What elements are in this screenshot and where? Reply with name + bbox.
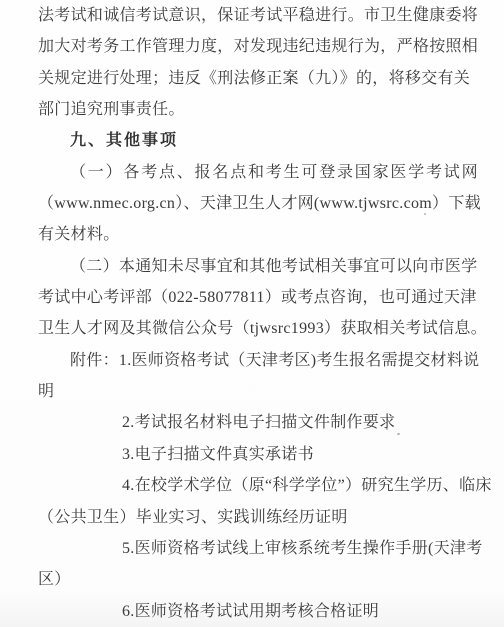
text-line: 部门追究刑事责任。 — [38, 94, 478, 125]
attachment-item-text: 1.医师资格考试（天津考区)考生报名需提交材料说 — [119, 352, 480, 369]
scan-speck — [424, 213, 426, 215]
attachment-item-5-wrap: 区） — [38, 564, 478, 595]
text-line: （一）各考点、报名点和考生可登录国家医学考试网 — [38, 157, 478, 188]
attachment-item-4-wrap: （公共卫生）毕业实习、实践训练经历证明 — [38, 502, 478, 533]
attachments-list: 附件：1.医师资格考试（天津考区)考生报名需提交材料说 明 2.考试报名材料电子… — [38, 345, 478, 627]
attachment-item-1-wrap: 明 — [38, 376, 478, 407]
attachment-item-2: 2.考试报名材料电子扫描文件制作要求 — [38, 407, 478, 438]
paragraph-item-two: （二）本通知未尽事宜和其他考试相关事宜可以向市医学 考试中心考评部（022-58… — [38, 251, 478, 345]
text-line: 法考试和诚信考试意识，保证考试平稳进行。市卫生健康委将 — [38, 0, 478, 31]
attachment-item-1: 附件：1.医师资格考试（天津考区)考生报名需提交材料说 — [38, 345, 478, 376]
attachment-item-3: 3.电子扫描文件真实承诺书 — [38, 439, 478, 470]
scan-speck — [386, 428, 388, 430]
attachment-item-4: 4.在校学术学位（原“科学学位”）研究生学历、临床 — [38, 470, 478, 501]
section-heading-other-matters: 九、其他事项 — [38, 125, 478, 156]
text-line: 加大对考务工作管理力度，对发现违纪违规行为，严格按照相 — [38, 31, 478, 62]
scan-speck — [397, 433, 400, 435]
attachments-label: 附件： — [70, 352, 119, 369]
attachment-item-6: 6.医师资格考试试用期考核合格证明 — [38, 596, 478, 627]
text-line: 卫生人才网及其微信公众号（tjwsrc1993）获取相关考试信息。 — [38, 313, 478, 344]
text-line: （www.nmec.org.cn）、天津卫生人才网(www.tjwsrc.com… — [38, 188, 478, 219]
attachment-item-5: 5.医师资格考试线上审核系统考生操作手册(天津考 — [38, 533, 478, 564]
scanned-notice-page: 法考试和诚信考试意识，保证考试平稳进行。市卫生健康委将 加大对考务工作管理力度，… — [0, 0, 504, 627]
text-line: （二）本通知未尽事宜和其他考试相关事宜可以向市医学 — [38, 251, 478, 282]
text-line: 有关材料。 — [38, 219, 478, 250]
scan-speck — [419, 5, 422, 8]
text-line: 考试中心考评部（022-58077811）或考点咨询，也可通过天津 — [38, 282, 478, 313]
text-line: 关规定进行处理；违反《刑法修正案（九）》的，将移交有关 — [38, 63, 478, 94]
paragraph-intro: 法考试和诚信考试意识，保证考试平稳进行。市卫生健康委将 加大对考务工作管理力度，… — [38, 0, 478, 125]
paragraph-item-one: （一）各考点、报名点和考生可登录国家医学考试网 （www.nmec.org.cn… — [38, 157, 478, 251]
document-body: 法考试和诚信考试意识，保证考试平稳进行。市卫生健康委将 加大对考务工作管理力度，… — [38, 0, 478, 627]
